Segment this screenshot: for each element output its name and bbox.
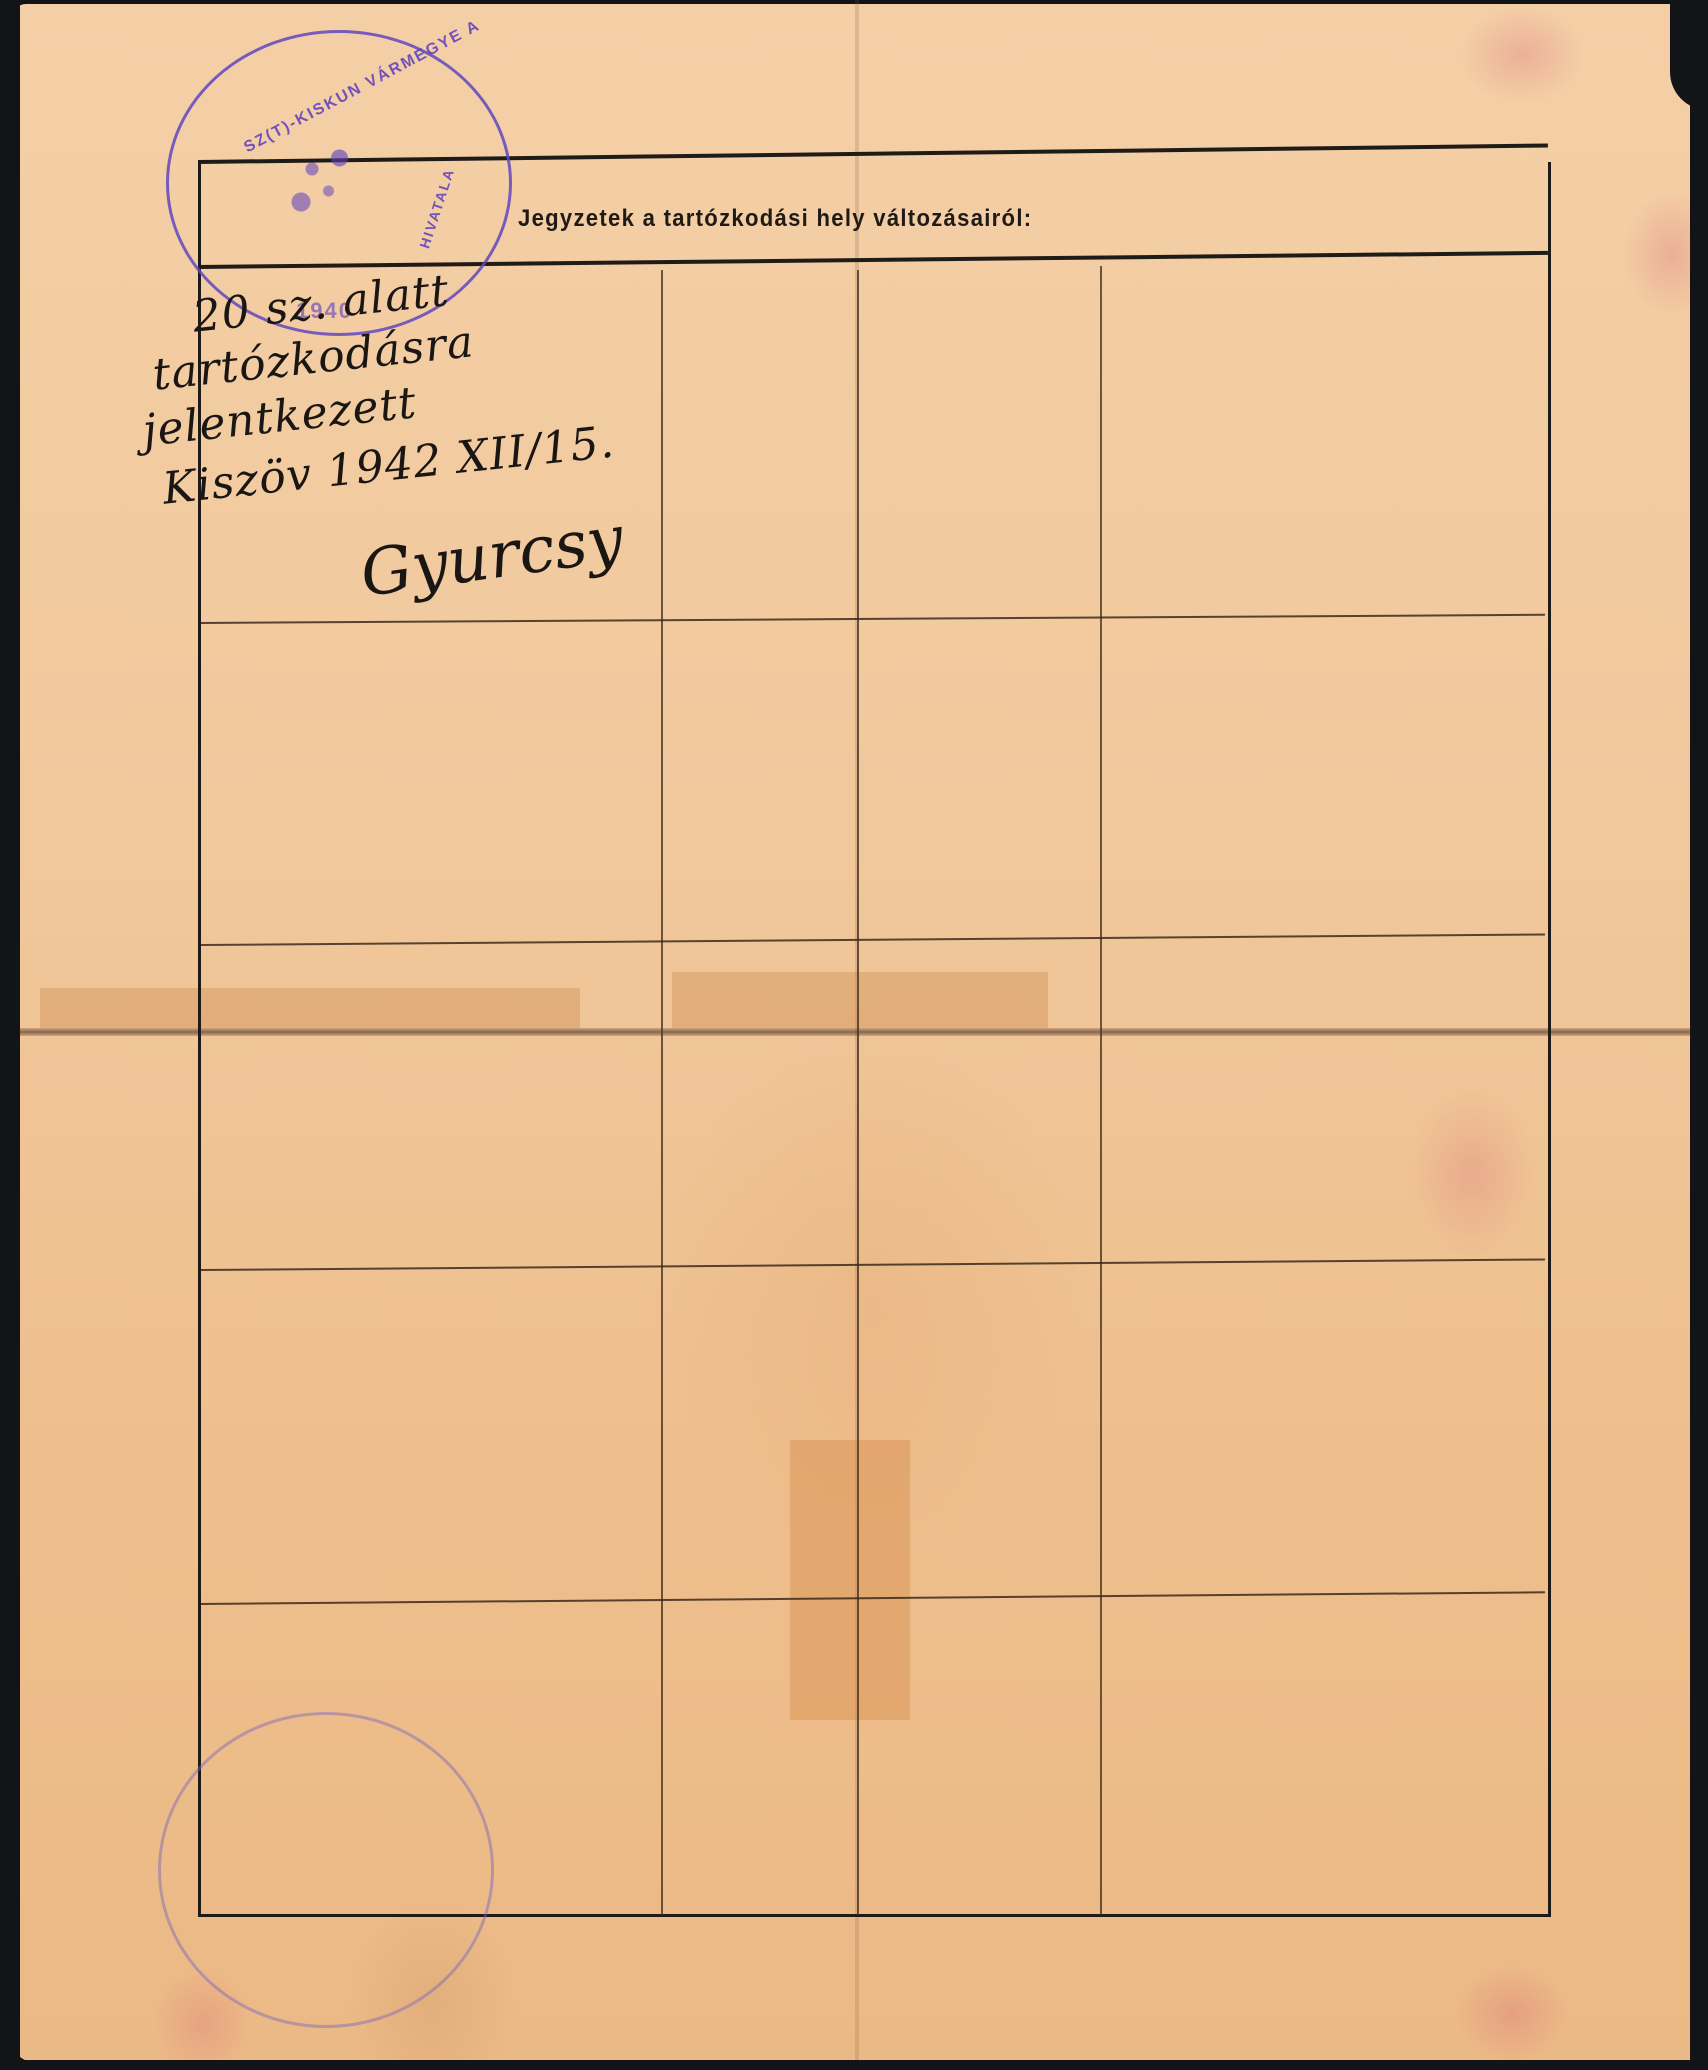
column-divider-1 xyxy=(661,270,663,1915)
edge-tear xyxy=(1690,0,1708,2070)
stamp-crest-icon xyxy=(268,125,378,235)
column-divider-2 xyxy=(1100,266,1102,1915)
edge-tear xyxy=(1670,0,1708,110)
column-divider-center-fold xyxy=(857,270,859,1915)
table-header-title: Jegyzetek a tartózkodási hely változásai… xyxy=(518,205,1032,233)
edge-tear xyxy=(0,2060,1708,2070)
official-stamp-bottom xyxy=(158,1712,494,2028)
edge-tear xyxy=(0,0,20,2070)
